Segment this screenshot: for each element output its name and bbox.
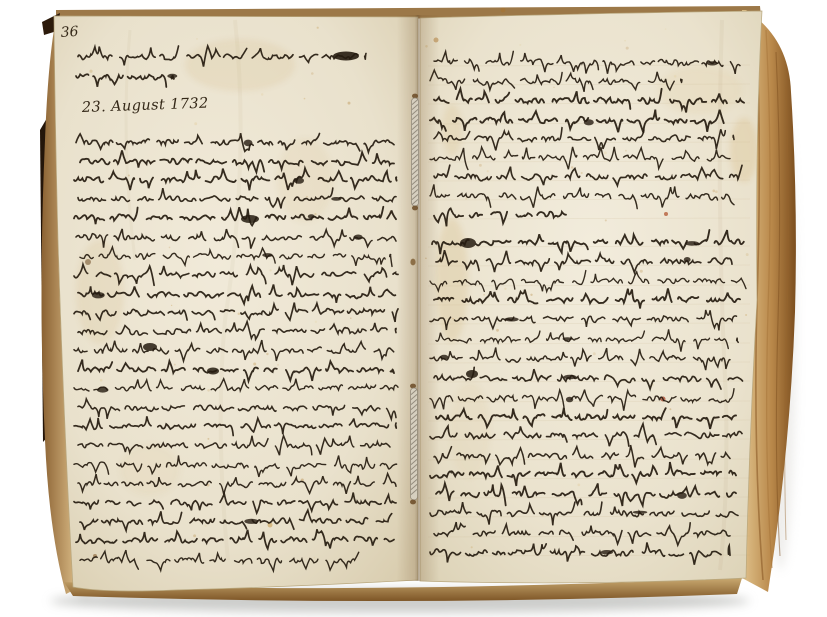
paper-speck	[315, 321, 317, 323]
ink-blot	[466, 370, 478, 378]
paper-speck	[605, 219, 607, 221]
ink-blot	[167, 74, 177, 78]
ink-blot	[677, 492, 687, 499]
paper-speck	[261, 93, 263, 95]
paper-speck	[581, 172, 583, 174]
paper-speck	[238, 313, 241, 316]
paper-speck	[174, 364, 176, 366]
paper-speck	[350, 317, 352, 319]
ink-blot	[294, 177, 304, 183]
stitch-hole	[410, 500, 416, 505]
paper-speck	[171, 305, 172, 306]
paper-speck	[571, 166, 573, 168]
paper-speck	[626, 47, 629, 50]
paper-speck	[100, 379, 103, 382]
paper-speck	[604, 151, 607, 154]
ink-blot	[601, 550, 613, 555]
ink-blot	[308, 214, 315, 218]
paper-speck	[196, 38, 198, 40]
ink-blot	[262, 253, 272, 257]
ink-blot	[244, 140, 253, 147]
ink-blot	[331, 197, 341, 201]
paper-speck	[320, 381, 322, 383]
paper-speck	[348, 102, 351, 105]
stitch-hole	[412, 206, 418, 211]
ink-blot	[244, 519, 258, 524]
paper-speck	[306, 196, 308, 198]
paper-speck	[266, 353, 268, 355]
paper-speck	[311, 72, 314, 75]
paper-speck	[669, 408, 671, 410]
stitch-hole	[410, 259, 415, 266]
paper-speck	[317, 27, 319, 29]
paper-speck	[640, 270, 643, 273]
paper-speck	[496, 329, 499, 332]
paper-speck	[314, 213, 316, 215]
ink-blot	[354, 235, 363, 240]
paper-speck	[207, 389, 210, 392]
paper-speck	[746, 253, 749, 256]
paper-speck	[207, 438, 209, 440]
paper-speck	[712, 190, 715, 193]
ink-blot	[207, 368, 219, 375]
paper-speck	[665, 28, 667, 30]
ink-blot	[563, 337, 573, 340]
right-page	[420, 8, 762, 583]
paper-speck	[193, 534, 196, 537]
paper-speck	[314, 557, 316, 559]
paper-speck	[304, 98, 306, 100]
ink-blot	[440, 355, 449, 360]
paper-speck	[465, 198, 467, 200]
paper-speck	[471, 546, 473, 548]
manuscript-photo: 36 23. August 1732	[0, 0, 827, 617]
paper-speck	[194, 122, 197, 125]
paper-speck	[452, 318, 453, 319]
ink-blot	[505, 317, 519, 321]
ink-blot	[707, 61, 718, 65]
page-number: 36	[60, 24, 79, 41]
paper-speck	[577, 484, 580, 487]
paper-speck	[487, 170, 489, 172]
paper-speck	[204, 524, 206, 526]
paper-speck	[277, 364, 279, 366]
paper-speck	[553, 87, 554, 88]
ink-blot	[143, 343, 157, 351]
ink-blot	[584, 119, 594, 125]
paper-speck	[674, 75, 677, 78]
paper-speck	[625, 150, 627, 152]
ink-blot	[633, 511, 648, 514]
paper-speck	[253, 363, 256, 366]
ink-blot	[566, 397, 573, 403]
paper-speck	[624, 40, 626, 42]
paper-speck	[519, 44, 521, 46]
paper-speck	[89, 70, 92, 73]
paper-speck	[745, 314, 747, 316]
ink-blot	[97, 387, 109, 392]
ink-blot	[92, 292, 105, 298]
paper-speck	[593, 352, 596, 355]
ink-blot	[685, 241, 699, 246]
paper-speck	[479, 164, 482, 167]
paper-speck	[269, 269, 271, 271]
ink-blot	[684, 257, 691, 262]
left-page: 36 23. August 1732	[54, 16, 418, 591]
paper-speck	[530, 294, 532, 296]
paper-speck	[223, 217, 224, 218]
paper-speck	[504, 287, 506, 289]
open-diary-book: 36 23. August 1732	[0, 0, 827, 617]
paper-speck	[715, 190, 718, 193]
ink-blot	[460, 238, 476, 248]
paper-speck	[169, 247, 171, 249]
ink-blot	[564, 375, 577, 380]
ink-blot	[333, 52, 359, 61]
ink-blot	[241, 215, 259, 223]
paper-speck	[483, 294, 485, 296]
